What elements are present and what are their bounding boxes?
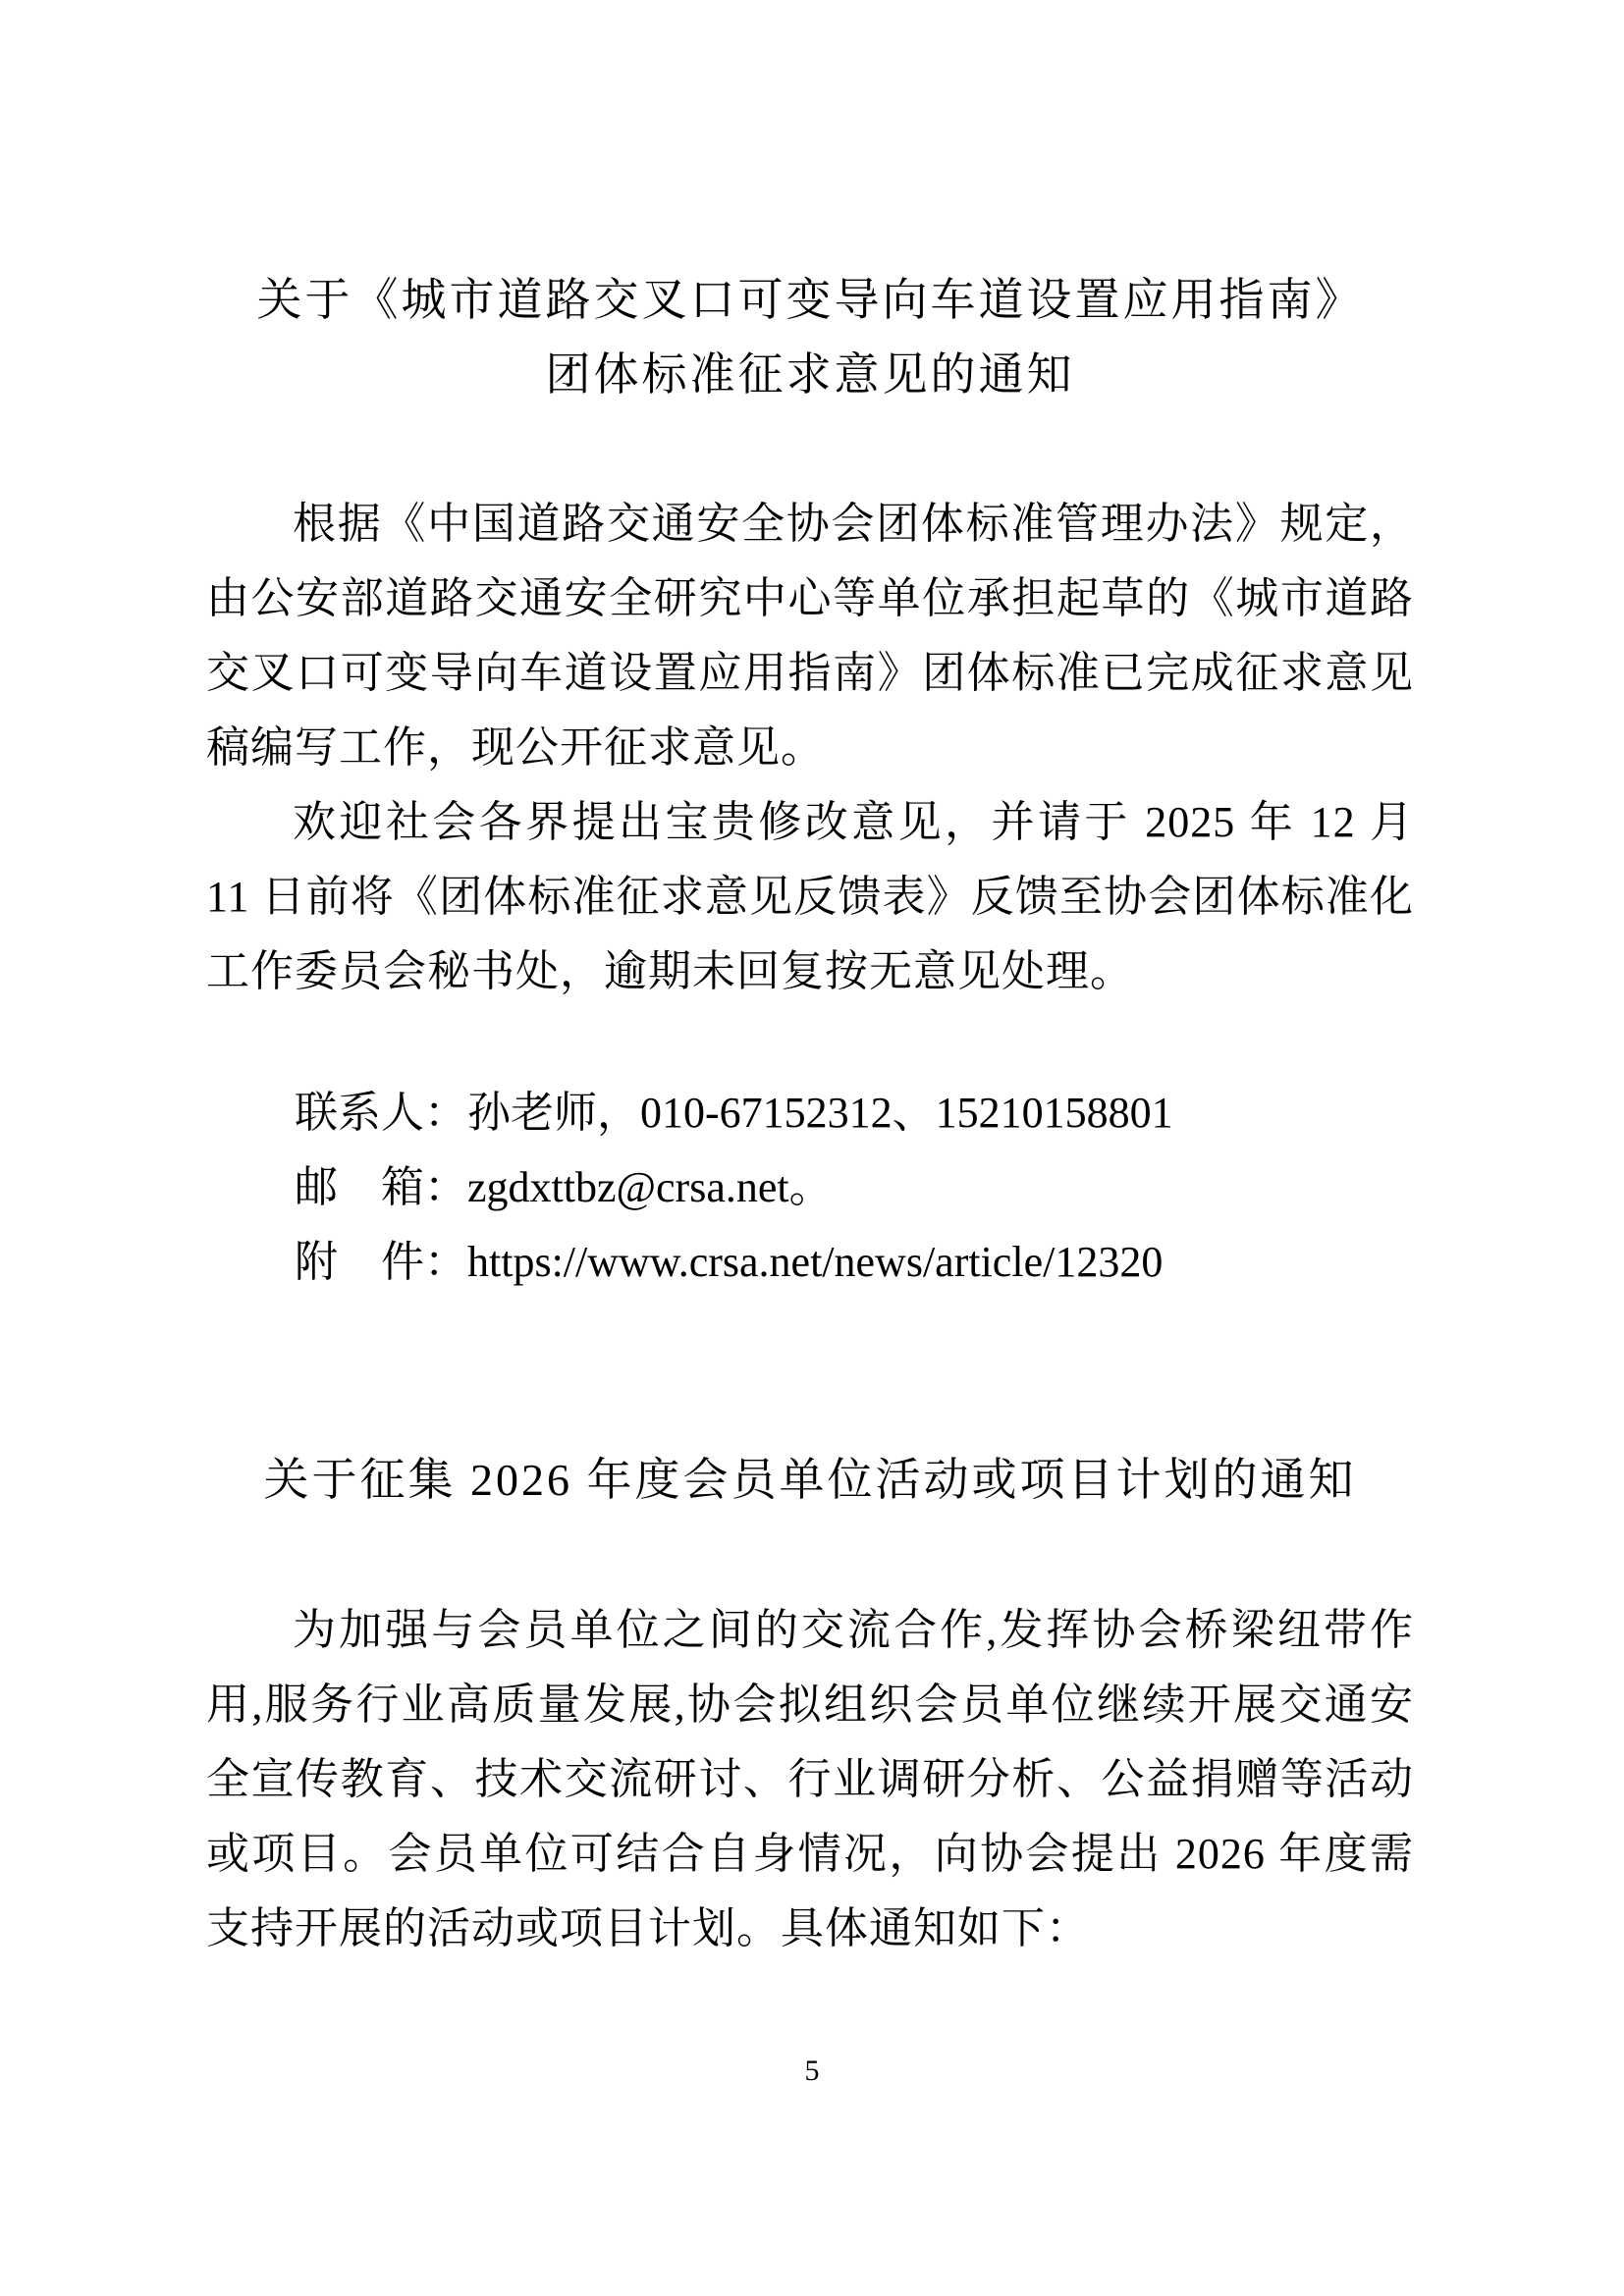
contact-attachment-label: 附 件： <box>295 1238 467 1286</box>
contact-person-line: 联系人：孙老师，010-67152312、15210158801 <box>295 1076 1414 1150</box>
contact-block: 联系人：孙老师，010-67152312、15210158801 邮 箱：zgd… <box>206 1076 1414 1300</box>
notice2-paragraph-1: 为加强与会员单位之间的交流合作,发挥协会桥梁纽带作用,服务行业高质量发展,协会拟… <box>206 1593 1414 1966</box>
notice2-title: 关于征集 2026 年度会员单位活动或项目计划的通知 <box>206 1443 1414 1518</box>
document-page: 关于《城市道路交叉口可变导向车道设置应用指南》 团体标准征求意见的通知 根据《中… <box>0 0 1624 2296</box>
notice1-paragraph-2: 欢迎社会各界提出宝贵修改意见，并请于 2025 年 12 月 11 日前将《团体… <box>206 785 1414 1009</box>
notice1-title: 关于《城市道路交叉口可变导向车道设置应用指南》 团体标准征求意见的通知 <box>206 263 1414 412</box>
notice1-paragraph-1: 根据《中国道路交通安全协会团体标准管理办法》规定，由公安部道路交通安全研究中心等… <box>206 487 1414 785</box>
page-number: 5 <box>0 2054 1624 2089</box>
contact-email-label: 邮 箱： <box>295 1163 467 1211</box>
contact-attachment-url: https://www.crsa.net/news/article/12320 <box>467 1238 1163 1286</box>
contact-attachment-line: 附 件：https://www.crsa.net/news/article/12… <box>295 1225 1414 1300</box>
notice1-title-line1: 关于《城市道路交叉口可变导向车道设置应用指南》 <box>206 263 1414 338</box>
contact-person-value: 孙老师，010-67152312、15210158801 <box>467 1089 1173 1137</box>
notice-member-activity-plan: 关于征集 2026 年度会员单位活动或项目计划的通知 为加强与会员单位之间的交流… <box>206 1443 1414 1966</box>
notice1-title-line2: 团体标准征求意见的通知 <box>206 338 1414 412</box>
contact-email-line: 邮 箱：zgdxttbz@crsa.net。 <box>295 1150 1414 1225</box>
contact-email-value: zgdxttbz@crsa.net。 <box>467 1163 833 1211</box>
contact-person-label: 联系人： <box>295 1089 467 1137</box>
notice-standard-consultation: 关于《城市道路交叉口可变导向车道设置应用指南》 团体标准征求意见的通知 根据《中… <box>206 263 1414 1300</box>
